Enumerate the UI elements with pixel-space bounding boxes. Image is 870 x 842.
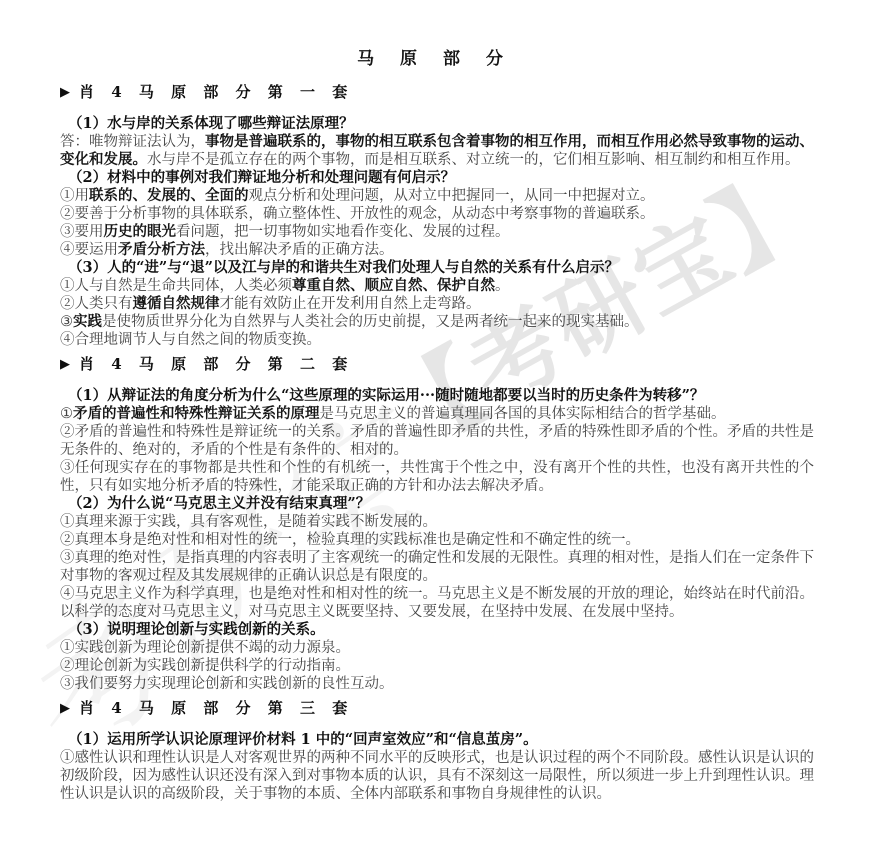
answer-text: ②要善于分析事物的具体联系，确立整体性、开放性的观念，从动态中考察事物的普遍联系… (60, 206, 655, 222)
answer-paragraph: ②理论创新为实践创新提供科学的行动指南。 (60, 657, 814, 675)
section-heading-label: 肖 4 马 原 部 分 第 二 套 (79, 355, 353, 373)
section-heading: ▶肖 4 马 原 部 分 第 三 套 (60, 698, 814, 720)
answer-paragraph: ①用联系的、发展的、全面的观点分析和处理问题，从对立中把握同一，从同一中把握对立… (60, 187, 814, 205)
answer-text: ②真理本身是绝对性和相对性的统一，检验真理的实践标准也是确定性和不确定性的统一。 (60, 532, 640, 548)
answer-text-emphasis: 尊重自然、顺应自然、保护自然 (292, 277, 495, 294)
answer-text-emphasis: 遵循自然规律 (133, 295, 220, 312)
answer-text: 观点分析和处理问题，从对立中把握同一，从同一中把握对立。 (249, 188, 655, 204)
answer-text: ④合理地调节人与自然之间的物质变换。 (60, 332, 321, 348)
answer-text: 。 (495, 278, 510, 294)
answer-paragraph: ②矛盾的普遍性和特殊性是辩证统一的关系。矛盾的普遍性即矛盾的共性，矛盾的特殊性即… (60, 423, 814, 459)
answer-text-emphasis: 矛盾的普遍性和特殊性辩证关系的原理 (73, 405, 320, 422)
answer-text-emphasis: 实践 (73, 313, 102, 330)
question-heading: （1）水与岸的关系体现了哪些辩证法原理？ (60, 115, 814, 133)
answer-paragraph: ①实践创新为理论创新提供不竭的动力源泉。 (60, 639, 814, 657)
document-page: 【考研宝】 考研宝 马 原 部 分 ▶肖 4 马 原 部 分 第 一 套（1）水… (0, 0, 870, 842)
answer-paragraph: ③任何现实存在的事物都是共性和个性的有机统一，共性寓于个性之中，没有离开个性的共… (60, 459, 814, 495)
section-heading: ▶肖 4 马 原 部 分 第 一 套 (60, 82, 814, 104)
answer-text: ①人与自然是生命共同体，人类必须 (60, 278, 292, 294)
answer-text: ③ (60, 314, 73, 330)
answer-text: ①用 (60, 188, 89, 204)
question-heading: （3）说明理论创新与实践创新的关系。 (60, 621, 814, 639)
answer-text: ① (60, 406, 73, 422)
answer-text: ①实践创新为理论创新提供不竭的动力源泉。 (60, 640, 350, 656)
answer-text-emphasis: 历史的眼光 (104, 223, 177, 240)
answer-text: ②理论创新为实践创新提供科学的行动指南。 (60, 658, 350, 674)
answer-paragraph: ①感性认识和理性认识是人对客观世界的两种不同水平的反映形式，也是认识过程的两个不… (60, 749, 814, 803)
answer-paragraph: ④马克思主义作为科学真理，也是绝对性和相对性的统一。马克思主义是不断发展的开放的… (60, 585, 814, 621)
answer-text-emphasis: 联系的、发展的、全面的 (89, 187, 249, 204)
section-marker-icon: ▶ (60, 355, 70, 375)
question-heading: （2）材料中的事例对我们辩证地分析和处理问题有何启示？ (60, 169, 814, 187)
answer-text: ④马克思主义作为科学真理，也是绝对性和相对性的统一。马克思主义是不断发展的开放的… (60, 586, 814, 620)
answer-text: ①感性认识和理性认识是人对客观世界的两种不同水平的反映形式，也是认识过程的两个不… (60, 750, 814, 802)
answer-paragraph: ③实践是使物质世界分化为自然界与人类社会的历史前提，又是两者统一起来的现实基础。 (60, 313, 814, 331)
answer-text: ①真理来源于实践，具有客观性，是随着实践不断发展的。 (60, 514, 437, 530)
answer-text: ，找出解决矛盾的正确方法。 (205, 242, 394, 258)
answer-text: 答：唯物辩证法认为， (60, 134, 205, 150)
answer-text: ③我们要努力实现理论创新和实践创新的良性互动。 (60, 676, 394, 692)
answer-text: 水与岸不是孤立存在的两个事物，而是相互联系、对立统一的，它们相互影响、相互制约和… (147, 152, 800, 168)
document-content: ▶肖 4 马 原 部 分 第 一 套（1）水与岸的关系体现了哪些辩证法原理？答：… (0, 82, 870, 803)
answer-paragraph: ①人与自然是生命共同体，人类必须尊重自然、顺应自然、保护自然。 (60, 277, 814, 295)
page-title: 马 原 部 分 (0, 0, 870, 69)
answer-text: ③要用 (60, 224, 104, 240)
answer-paragraph: ④合理地调节人与自然之间的物质变换。 (60, 331, 814, 349)
section-heading-label: 肖 4 马 原 部 分 第 一 套 (79, 83, 353, 101)
answer-paragraph: ③我们要努力实现理论创新和实践创新的良性互动。 (60, 675, 814, 693)
answer-text: 看问题，把一切事物如实地看作变化、发展的过程。 (176, 224, 510, 240)
answer-paragraph: ③真理的绝对性，是指真理的内容表明了主客观统一的确定性和发展的无限性。真理的相对… (60, 549, 814, 585)
answer-paragraph: ②要善于分析事物的具体联系，确立整体性、开放性的观念，从动态中考察事物的普遍联系… (60, 205, 814, 223)
answer-text: 是马克思主义的普遍真理同各国的具体实际相结合的哲学基础。 (320, 406, 726, 422)
answer-paragraph: ①真理来源于实践，具有客观性，是随着实践不断发展的。 (60, 513, 814, 531)
answer-text-emphasis: 矛盾分析方法 (118, 241, 205, 258)
answer-paragraph: ③要用历史的眼光看问题，把一切事物如实地看作变化、发展的过程。 (60, 223, 814, 241)
answer-text: ③任何现实存在的事物都是共性和个性的有机统一，共性寓于个性之中，没有离开个性的共… (60, 460, 814, 494)
answer-paragraph: ②人类只有遵循自然规律才能有效防止在开发利用自然上走弯路。 (60, 295, 814, 313)
section-heading-label: 肖 4 马 原 部 分 第 三 套 (79, 699, 353, 717)
answer-text: ④要运用 (60, 242, 118, 258)
section-marker-icon: ▶ (60, 699, 70, 719)
answer-paragraph: 答：唯物辩证法认为，事物是普遍联系的，事物的相互联系包含着事物的相互作用，而相互… (60, 133, 814, 169)
answer-paragraph: ④要运用矛盾分析方法，找出解决矛盾的正确方法。 (60, 241, 814, 259)
answer-paragraph: ②真理本身是绝对性和相对性的统一，检验真理的实践标准也是确定性和不确定性的统一。 (60, 531, 814, 549)
question-heading: （1）运用所学认识论原理评价材料 1 中的“回声室效应”和“信息茧房”。 (60, 731, 814, 749)
answer-text: 是使物质世界分化为自然界与人类社会的历史前提，又是两者统一起来的现实基础。 (102, 314, 639, 330)
question-heading: （2）为什么说“马克思主义并没有结束真理”？ (60, 495, 814, 513)
answer-text: ②人类只有 (60, 296, 133, 312)
section-heading: ▶肖 4 马 原 部 分 第 二 套 (60, 354, 814, 376)
question-heading: （3）人的“进”与“退”以及江与岸的和谐共生对我们处理人与自然的关系有什么启示？ (60, 259, 814, 277)
answer-paragraph: ①矛盾的普遍性和特殊性辩证关系的原理是马克思主义的普遍真理同各国的具体实际相结合… (60, 405, 814, 423)
section-marker-icon: ▶ (60, 83, 70, 103)
answer-text: 才能有效防止在开发利用自然上走弯路。 (220, 296, 481, 312)
answer-text: ②矛盾的普遍性和特殊性是辩证统一的关系。矛盾的普遍性即矛盾的共性，矛盾的特殊性即… (60, 424, 814, 458)
answer-text: ③真理的绝对性，是指真理的内容表明了主客观统一的确定性和发展的无限性。真理的相对… (60, 550, 814, 584)
question-heading: （1）从辩证法的角度分析为什么“这些原理的实际运用···随时随地都要以当时的历史… (60, 387, 814, 405)
